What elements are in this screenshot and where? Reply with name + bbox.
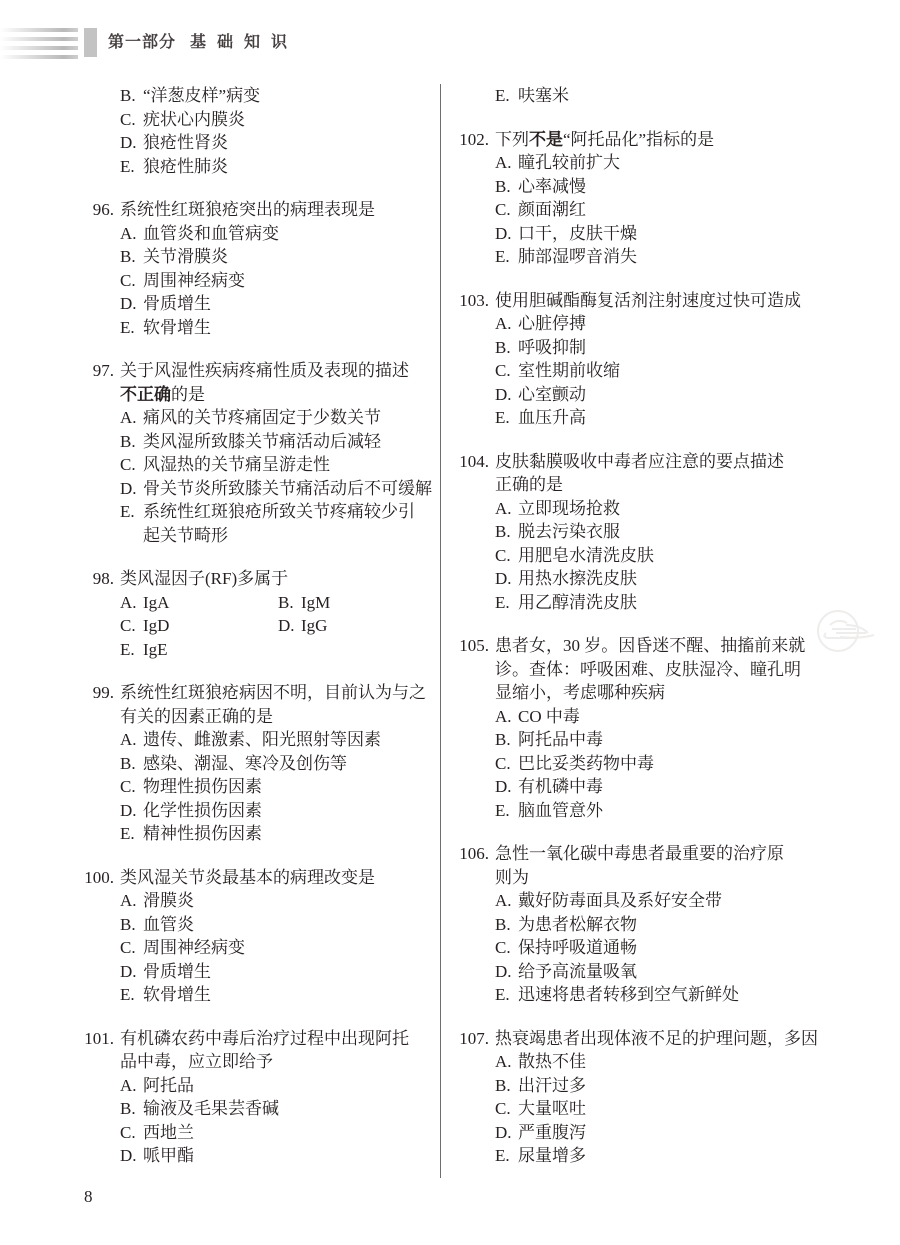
option-text: 精神性损伤因素 bbox=[143, 822, 432, 846]
option-row: E.尿量增多 bbox=[495, 1144, 880, 1168]
option-letter: D. bbox=[495, 383, 518, 407]
option-letter: A. bbox=[495, 889, 518, 913]
stem-text: 使用胆碱酯酶复活剂注射速度过快可造成 bbox=[495, 291, 801, 310]
option-text: 肺部湿啰音消失 bbox=[518, 245, 880, 269]
option-row: E.迅速将患者转移到空气新鲜处 bbox=[495, 983, 880, 1007]
option-row: A.遗传、雌激素、阳光照射等因素 bbox=[120, 728, 432, 752]
question-block: 97.关于风湿性疾病疼痛性质及表现的描述不正确的是A.痛风的关节疼痛固定于少数关… bbox=[84, 359, 432, 547]
option-letter: D. bbox=[120, 1144, 143, 1168]
option-letter: C. bbox=[495, 936, 518, 960]
stem-text: 的是 bbox=[171, 385, 205, 404]
option-text: 周围神经病变 bbox=[143, 936, 432, 960]
option-text: 痛风的关节疼痛固定于少数关节 bbox=[143, 406, 432, 430]
option-letter: C. bbox=[120, 269, 143, 293]
option-row: E.血压升高 bbox=[495, 406, 880, 430]
option-text: 室性期前收缩 bbox=[518, 359, 880, 383]
option-letter: C. bbox=[495, 198, 518, 222]
option-row: A.IgA bbox=[120, 591, 278, 615]
option-text: 戴好防毒面具及系好安全带 bbox=[518, 889, 880, 913]
option-row: B.血管炎 bbox=[120, 913, 432, 937]
option-letter: B. bbox=[120, 752, 143, 776]
option-letter: E. bbox=[120, 822, 143, 846]
option-list: A.IgAB.IgMC.IgDD.IgGE.IgE bbox=[120, 591, 432, 662]
stem-emphasis: 不是 bbox=[529, 130, 563, 149]
option-row: B.类风湿所致膝关节痛活动后减轻 bbox=[120, 430, 432, 454]
option-letter: C. bbox=[120, 108, 143, 132]
option-list: A.CO 中毒B.阿托品中毒C.巴比妥类药物中毒D.有机磷中毒E.脑血管意外 bbox=[495, 705, 880, 823]
stem-text: 下列 bbox=[495, 130, 529, 149]
option-row: A.阿托品 bbox=[120, 1074, 432, 1098]
question-body: E.呋塞米 bbox=[495, 84, 880, 108]
publisher-watermark-icon bbox=[806, 600, 890, 664]
option-letter: E. bbox=[495, 406, 518, 430]
page-header: 第一部分基础知识 bbox=[0, 0, 900, 70]
header-stripes-icon bbox=[0, 28, 78, 64]
stem-text: 急性一氧化碳中毒患者最重要的治疗原 bbox=[495, 844, 784, 863]
option-row: A.心脏停搏 bbox=[495, 312, 880, 336]
question-body: 系统性红斑狼疮突出的病理表现是A.血管炎和血管病变B.关节滑膜炎C.周围神经病变… bbox=[120, 198, 432, 339]
option-letter: B. bbox=[495, 175, 518, 199]
option-text: 脑血管意外 bbox=[518, 799, 880, 823]
option-row: E.系统性红斑狼疮所致关节疼痛较少引起关节畸形 bbox=[120, 500, 432, 547]
option-row: B.出汗过多 bbox=[495, 1074, 880, 1098]
question-block: E.呋塞米 bbox=[455, 84, 880, 108]
option-letter: C. bbox=[495, 359, 518, 383]
option-list: E.呋塞米 bbox=[495, 84, 880, 108]
option-letter: A. bbox=[120, 591, 143, 615]
option-letter: D. bbox=[495, 960, 518, 984]
option-text: 遗传、雌激素、阳光照射等因素 bbox=[143, 728, 432, 752]
option-letter: C. bbox=[120, 1121, 143, 1145]
option-text: 类风湿所致膝关节痛活动后减轻 bbox=[143, 430, 432, 454]
question-stem: 类风湿因子(RF)多属于 bbox=[120, 567, 432, 591]
option-list: A.阿托品B.输液及毛果芸香碱C.西地兰D.哌甲酯 bbox=[120, 1074, 432, 1168]
option-row: E.软骨增生 bbox=[120, 983, 432, 1007]
option-letter: E. bbox=[495, 591, 518, 615]
question-stem: 类风湿关节炎最基本的病理改变是 bbox=[120, 866, 432, 890]
option-text: 有机磷中毒 bbox=[518, 775, 880, 799]
question-block: 98.类风湿因子(RF)多属于A.IgAB.IgMC.IgDD.IgGE.IgE bbox=[84, 567, 432, 661]
option-text: 哌甲酯 bbox=[143, 1144, 432, 1168]
question-number: 105. bbox=[455, 634, 489, 822]
option-list: A.戴好防毒面具及系好安全带B.为患者松解衣物C.保持呼吸道通畅D.给予高流量吸… bbox=[495, 889, 880, 1007]
option-text: 血压升高 bbox=[518, 406, 880, 430]
option-list: A.遗传、雌激素、阳光照射等因素B.感染、潮湿、寒冷及创伤等C.物理性损伤因素D… bbox=[120, 728, 432, 846]
option-text: 骨关节炎所致膝关节痛活动后不可缓解 bbox=[143, 477, 432, 501]
option-row: D.IgG bbox=[278, 614, 432, 638]
option-letter: D. bbox=[120, 960, 143, 984]
option-row: C.周围神经病变 bbox=[120, 936, 432, 960]
option-row: B.感染、潮湿、寒冷及创伤等 bbox=[120, 752, 432, 776]
question-body: 下列不是“阿托品化”指标的是A.瞳孔较前扩大B.心率减慢C.颜面潮红D.口干，皮… bbox=[495, 128, 880, 269]
option-text: 软骨增生 bbox=[143, 316, 432, 340]
option-text: 阿托品 bbox=[143, 1074, 432, 1098]
option-letter: B. bbox=[120, 245, 143, 269]
question-body: 有机磷农药中毒后治疗过程中出现阿托品中毒，应立即给予A.阿托品B.输液及毛果芸香… bbox=[120, 1027, 432, 1168]
stem-text: 热衰竭患者出现体液不足的护理问题，多因 bbox=[495, 1029, 818, 1048]
option-letter: E. bbox=[120, 638, 143, 662]
option-letter: A. bbox=[495, 497, 518, 521]
option-text: 大量呕吐 bbox=[518, 1097, 880, 1121]
option-letter: A. bbox=[495, 705, 518, 729]
option-letter: C. bbox=[120, 775, 143, 799]
option-row: B.关节滑膜炎 bbox=[120, 245, 432, 269]
question-number: 106. bbox=[455, 842, 489, 1007]
option-letter: E. bbox=[120, 983, 143, 1007]
question-block: 96.系统性红斑狼疮突出的病理表现是A.血管炎和血管病变B.关节滑膜炎C.周围神… bbox=[84, 198, 432, 339]
option-text: IgG bbox=[301, 614, 432, 638]
option-list: A.滑膜炎B.血管炎C.周围神经病变D.骨质增生E.软骨增生 bbox=[120, 889, 432, 1007]
section-title: 基础知识 bbox=[190, 34, 298, 51]
option-row: A.戴好防毒面具及系好安全带 bbox=[495, 889, 880, 913]
stem-text: 则为 bbox=[495, 868, 529, 887]
option-text: 瞳孔较前扩大 bbox=[518, 151, 880, 175]
option-letter: E. bbox=[495, 84, 518, 108]
option-text: 巴比妥类药物中毒 bbox=[518, 752, 880, 776]
option-letter: A. bbox=[120, 889, 143, 913]
question-number: 96. bbox=[84, 198, 114, 339]
question-stem: 系统性红斑狼疮突出的病理表现是 bbox=[120, 198, 432, 222]
option-row: D.有机磷中毒 bbox=[495, 775, 880, 799]
option-text: 骨质增生 bbox=[143, 292, 432, 316]
stem-text: “阿托品化”指标的是 bbox=[563, 130, 714, 149]
option-row: C.室性期前收缩 bbox=[495, 359, 880, 383]
option-text: 心室颤动 bbox=[518, 383, 880, 407]
option-text: 输液及毛果芸香碱 bbox=[143, 1097, 432, 1121]
option-row: E.狼疮性肺炎 bbox=[120, 155, 432, 179]
option-letter: D. bbox=[495, 775, 518, 799]
option-text: 呋塞米 bbox=[518, 84, 880, 108]
option-text: 心率减慢 bbox=[518, 175, 880, 199]
option-letter: A. bbox=[120, 728, 143, 752]
option-text: 给予高流量吸氧 bbox=[518, 960, 880, 984]
option-list: B.“洋葱皮样”病变C.疣状心内膜炎D.狼疮性肾炎E.狼疮性肺炎 bbox=[120, 84, 432, 178]
option-row: C.风湿热的关节痛呈游走性 bbox=[120, 453, 432, 477]
question-number: 98. bbox=[84, 567, 114, 661]
left-column: B.“洋葱皮样”病变C.疣状心内膜炎D.狼疮性肾炎E.狼疮性肺炎96.系统性红斑… bbox=[84, 84, 432, 1178]
option-letter: B. bbox=[495, 728, 518, 752]
option-letter: B. bbox=[495, 1074, 518, 1098]
option-row: B.为患者松解衣物 bbox=[495, 913, 880, 937]
option-row: C.用肥皂水清洗皮肤 bbox=[495, 544, 880, 568]
option-list: A.心脏停搏B.呼吸抑制C.室性期前收缩D.心室颤动E.血压升高 bbox=[495, 312, 880, 430]
question-number: 102. bbox=[455, 128, 489, 269]
option-text: 化学性损伤因素 bbox=[143, 799, 432, 823]
stem-text: 起关节畸形 bbox=[143, 526, 228, 545]
option-row: B.输液及毛果芸香碱 bbox=[120, 1097, 432, 1121]
option-letter: A. bbox=[495, 312, 518, 336]
question-number: 103. bbox=[455, 289, 489, 430]
question-body: 系统性红斑狼疮病因不明，目前认为与之有关的因素正确的是A.遗传、雌激素、阳光照射… bbox=[120, 681, 432, 846]
option-letter: B. bbox=[120, 1097, 143, 1121]
option-row: D.用热水擦洗皮肤 bbox=[495, 567, 880, 591]
option-row: E.IgE bbox=[120, 638, 278, 662]
option-text: 狼疮性肺炎 bbox=[143, 155, 432, 179]
question-number bbox=[455, 84, 489, 108]
option-text: 关节滑膜炎 bbox=[143, 245, 432, 269]
option-letter: B. bbox=[120, 430, 143, 454]
option-row: D.心室颤动 bbox=[495, 383, 880, 407]
option-letter: D. bbox=[120, 477, 143, 501]
question-stem: 下列不是“阿托品化”指标的是 bbox=[495, 128, 880, 152]
option-letter: A. bbox=[120, 1074, 143, 1098]
option-row: E.呋塞米 bbox=[495, 84, 880, 108]
option-letter: B. bbox=[120, 913, 143, 937]
option-letter: E. bbox=[495, 1144, 518, 1168]
question-body: 使用胆碱酯酶复活剂注射速度过快可造成A.心脏停搏B.呼吸抑制C.室性期前收缩D.… bbox=[495, 289, 880, 430]
option-row: A.CO 中毒 bbox=[495, 705, 880, 729]
question-stem: 使用胆碱酯酶复活剂注射速度过快可造成 bbox=[495, 289, 880, 313]
option-text: 血管炎和血管病变 bbox=[143, 222, 432, 246]
option-text: 呼吸抑制 bbox=[518, 336, 880, 360]
question-block: 102.下列不是“阿托品化”指标的是A.瞳孔较前扩大B.心率减慢C.颜面潮红D.… bbox=[455, 128, 880, 269]
option-row: A.散热不佳 bbox=[495, 1050, 880, 1074]
question-body: 类风湿因子(RF)多属于A.IgAB.IgMC.IgDD.IgGE.IgE bbox=[120, 567, 432, 661]
option-text: 系统性红斑狼疮所致关节疼痛较少引起关节畸形 bbox=[143, 500, 432, 547]
question-stem: 急性一氧化碳中毒患者最重要的治疗原则为 bbox=[495, 842, 880, 889]
option-row: C.大量呕吐 bbox=[495, 1097, 880, 1121]
option-row: B.呼吸抑制 bbox=[495, 336, 880, 360]
stem-text: 皮肤黏膜吸收中毒者应注意的要点描述 bbox=[495, 452, 784, 471]
option-letter: B. bbox=[120, 84, 143, 108]
option-letter: D. bbox=[495, 567, 518, 591]
question-body: 热衰竭患者出现体液不足的护理问题，多因A.散热不佳B.出汗过多C.大量呕吐D.严… bbox=[495, 1027, 880, 1168]
option-row: B.阿托品中毒 bbox=[495, 728, 880, 752]
question-block: 107.热衰竭患者出现体液不足的护理问题，多因A.散热不佳B.出汗过多C.大量呕… bbox=[455, 1027, 880, 1168]
question-body: 皮肤黏膜吸收中毒者应注意的要点描述正确的是A.立即现场抢救B.脱去污染衣服C.用… bbox=[495, 450, 880, 615]
option-row: D.口干，皮肤干燥 bbox=[495, 222, 880, 246]
option-text: 软骨增生 bbox=[143, 983, 432, 1007]
option-text: 用肥皂水清洗皮肤 bbox=[518, 544, 880, 568]
option-text: 为患者松解衣物 bbox=[518, 913, 880, 937]
option-letter: D. bbox=[278, 614, 301, 638]
option-row: C.物理性损伤因素 bbox=[120, 775, 432, 799]
option-list: A.血管炎和血管病变B.关节滑膜炎C.周围神经病变D.骨质增生E.软骨增生 bbox=[120, 222, 432, 340]
option-text: 滑膜炎 bbox=[143, 889, 432, 913]
option-row: D.化学性损伤因素 bbox=[120, 799, 432, 823]
content-columns: B.“洋葱皮样”病变C.疣状心内膜炎D.狼疮性肾炎E.狼疮性肺炎96.系统性红斑… bbox=[84, 84, 880, 1178]
option-row: A.痛风的关节疼痛固定于少数关节 bbox=[120, 406, 432, 430]
question-body: 类风湿关节炎最基本的病理改变是A.滑膜炎B.血管炎C.周围神经病变D.骨质增生E… bbox=[120, 866, 432, 1007]
option-letter: D. bbox=[120, 799, 143, 823]
option-text: 物理性损伤因素 bbox=[143, 775, 432, 799]
question-block: 101.有机磷农药中毒后治疗过程中出现阿托品中毒，应立即给予A.阿托品B.输液及… bbox=[84, 1027, 432, 1168]
question-number: 101. bbox=[84, 1027, 114, 1168]
option-text: 严重腹泻 bbox=[518, 1121, 880, 1145]
stem-emphasis: 不正确 bbox=[120, 385, 171, 404]
option-row: A.血管炎和血管病变 bbox=[120, 222, 432, 246]
page-number: 8 bbox=[84, 1185, 93, 1209]
option-row: A.滑膜炎 bbox=[120, 889, 432, 913]
option-letter: B. bbox=[495, 913, 518, 937]
option-row: C.西地兰 bbox=[120, 1121, 432, 1145]
option-list: A.痛风的关节疼痛固定于少数关节B.类风湿所致膝关节痛活动后减轻C.风湿热的关节… bbox=[120, 406, 432, 547]
option-text: 阿托品中毒 bbox=[518, 728, 880, 752]
option-letter: D. bbox=[495, 222, 518, 246]
option-text: 心脏停搏 bbox=[518, 312, 880, 336]
option-row: D.给予高流量吸氧 bbox=[495, 960, 880, 984]
question-block: 104.皮肤黏膜吸收中毒者应注意的要点描述正确的是A.立即现场抢救B.脱去污染衣… bbox=[455, 450, 880, 615]
header-block-icon bbox=[84, 28, 97, 57]
question-stem: 热衰竭患者出现体液不足的护理问题，多因 bbox=[495, 1027, 880, 1051]
option-row: C.巴比妥类药物中毒 bbox=[495, 752, 880, 776]
option-list: A.瞳孔较前扩大B.心率减慢C.颜面潮红D.口干，皮肤干燥E.肺部湿啰音消失 bbox=[495, 151, 880, 269]
option-letter: A. bbox=[495, 1050, 518, 1074]
part-label: 第一部分 bbox=[108, 34, 176, 51]
option-letter: B. bbox=[495, 520, 518, 544]
option-row: D.哌甲酯 bbox=[120, 1144, 432, 1168]
option-text: 脱去污染衣服 bbox=[518, 520, 880, 544]
option-row: E.精神性损伤因素 bbox=[120, 822, 432, 846]
option-row: C.周围神经病变 bbox=[120, 269, 432, 293]
option-letter: C. bbox=[120, 614, 143, 638]
stem-text: 患者女，30 岁。因昏迷不醒、抽搐前来就 bbox=[495, 636, 805, 655]
option-text: IgA bbox=[143, 591, 278, 615]
question-block: 100.类风湿关节炎最基本的病理改变是A.滑膜炎B.血管炎C.周围神经病变D.骨… bbox=[84, 866, 432, 1007]
option-text: 骨质增生 bbox=[143, 960, 432, 984]
question-number: 100. bbox=[84, 866, 114, 1007]
option-row: E.软骨增生 bbox=[120, 316, 432, 340]
option-list: A.散热不佳B.出汗过多C.大量呕吐D.严重腹泻E.尿量增多 bbox=[495, 1050, 880, 1168]
column-divider bbox=[440, 84, 441, 1178]
question-number: 104. bbox=[455, 450, 489, 615]
stem-text: 诊。查体：呼吸困难、皮肤湿冷、瞳孔明 bbox=[495, 660, 801, 679]
option-text: 颜面潮红 bbox=[518, 198, 880, 222]
option-text: 散热不佳 bbox=[518, 1050, 880, 1074]
option-letter: E. bbox=[495, 799, 518, 823]
question-number: 97. bbox=[84, 359, 114, 547]
option-row: B.心率减慢 bbox=[495, 175, 880, 199]
option-text: 尿量增多 bbox=[518, 1144, 880, 1168]
option-text: 西地兰 bbox=[143, 1121, 432, 1145]
option-text: 感染、潮湿、寒冷及创伤等 bbox=[143, 752, 432, 776]
option-text: 风湿热的关节痛呈游走性 bbox=[143, 453, 432, 477]
question-stem: 皮肤黏膜吸收中毒者应注意的要点描述正确的是 bbox=[495, 450, 880, 497]
option-list: A.立即现场抢救B.脱去污染衣服C.用肥皂水清洗皮肤D.用热水擦洗皮肤E.用乙醇… bbox=[495, 497, 880, 615]
header-title: 第一部分基础知识 bbox=[108, 30, 298, 56]
option-row: E.脑血管意外 bbox=[495, 799, 880, 823]
stem-text: 显缩小，考虑哪种疾病 bbox=[495, 683, 665, 702]
stem-text: 类风湿因子(RF)多属于 bbox=[120, 569, 288, 588]
option-row: E.肺部湿啰音消失 bbox=[495, 245, 880, 269]
stem-text: 有机磷农药中毒后治疗过程中出现阿托 bbox=[120, 1029, 409, 1048]
question-body: B.“洋葱皮样”病变C.疣状心内膜炎D.狼疮性肾炎E.狼疮性肺炎 bbox=[120, 84, 432, 178]
option-text: 出汗过多 bbox=[518, 1074, 880, 1098]
question-stem: 系统性红斑狼疮病因不明，目前认为与之有关的因素正确的是 bbox=[120, 681, 432, 728]
option-text: CO 中毒 bbox=[518, 705, 880, 729]
option-text: 保持呼吸道通畅 bbox=[518, 936, 880, 960]
stem-text: 关于风湿性疾病疼痛性质及表现的描述 bbox=[120, 361, 409, 380]
option-row: D.骨质增生 bbox=[120, 292, 432, 316]
option-text: IgE bbox=[143, 638, 278, 662]
option-letter: E. bbox=[120, 316, 143, 340]
option-letter: D. bbox=[495, 1121, 518, 1145]
stem-text: 正确的是 bbox=[495, 475, 563, 494]
option-row: B.脱去污染衣服 bbox=[495, 520, 880, 544]
option-row: C.保持呼吸道通畅 bbox=[495, 936, 880, 960]
option-letter: C. bbox=[120, 936, 143, 960]
option-letter: E. bbox=[120, 500, 143, 547]
question-number bbox=[84, 84, 114, 178]
option-letter: D. bbox=[120, 292, 143, 316]
option-row: B.IgM bbox=[278, 591, 432, 615]
option-row: D.骨关节炎所致膝关节痛活动后不可缓解 bbox=[120, 477, 432, 501]
option-row: C.疣状心内膜炎 bbox=[120, 108, 432, 132]
option-letter: C. bbox=[120, 453, 143, 477]
stem-text: 类风湿关节炎最基本的病理改变是 bbox=[120, 868, 375, 887]
option-text: 狼疮性肾炎 bbox=[143, 131, 432, 155]
option-row: C.颜面潮红 bbox=[495, 198, 880, 222]
question-stem: 关于风湿性疾病疼痛性质及表现的描述不正确的是 bbox=[120, 359, 432, 406]
option-letter: B. bbox=[278, 591, 301, 615]
stem-text: 系统性红斑狼疮病因不明，目前认为与之 bbox=[120, 683, 426, 702]
option-letter: B. bbox=[495, 336, 518, 360]
option-row: A.立即现场抢救 bbox=[495, 497, 880, 521]
option-letter: A. bbox=[120, 406, 143, 430]
option-letter: D. bbox=[120, 131, 143, 155]
question-block: B.“洋葱皮样”病变C.疣状心内膜炎D.狼疮性肾炎E.狼疮性肺炎 bbox=[84, 84, 432, 178]
question-block: 99.系统性红斑狼疮病因不明，目前认为与之有关的因素正确的是A.遗传、雌激素、阳… bbox=[84, 681, 432, 846]
option-letter: A. bbox=[495, 151, 518, 175]
option-letter: E. bbox=[495, 245, 518, 269]
option-letter: E. bbox=[120, 155, 143, 179]
question-block: 103.使用胆碱酯酶复活剂注射速度过快可造成A.心脏停搏B.呼吸抑制C.室性期前… bbox=[455, 289, 880, 430]
question-stem: 有机磷农药中毒后治疗过程中出现阿托品中毒，应立即给予 bbox=[120, 1027, 432, 1074]
question-body: 关于风湿性疾病疼痛性质及表现的描述不正确的是A.痛风的关节疼痛固定于少数关节B.… bbox=[120, 359, 432, 547]
option-text: 立即现场抢救 bbox=[518, 497, 880, 521]
option-text: 血管炎 bbox=[143, 913, 432, 937]
option-row: B.“洋葱皮样”病变 bbox=[120, 84, 432, 108]
option-text: 用热水擦洗皮肤 bbox=[518, 567, 880, 591]
option-row: D.狼疮性肾炎 bbox=[120, 131, 432, 155]
option-row: D.骨质增生 bbox=[120, 960, 432, 984]
option-row: C.IgD bbox=[120, 614, 278, 638]
stem-text: 品中毒，应立即给予 bbox=[120, 1052, 273, 1071]
question-body: 急性一氧化碳中毒患者最重要的治疗原则为A.戴好防毒面具及系好安全带B.为患者松解… bbox=[495, 842, 880, 1007]
option-text: IgM bbox=[301, 591, 432, 615]
option-text: 迅速将患者转移到空气新鲜处 bbox=[518, 983, 880, 1007]
question-block: 106.急性一氧化碳中毒患者最重要的治疗原则为A.戴好防毒面具及系好安全带B.为… bbox=[455, 842, 880, 1007]
option-text: “洋葱皮样”病变 bbox=[143, 84, 432, 108]
option-text: 疣状心内膜炎 bbox=[143, 108, 432, 132]
option-letter: E. bbox=[495, 983, 518, 1007]
option-row: D.严重腹泻 bbox=[495, 1121, 880, 1145]
option-letter: C. bbox=[495, 752, 518, 776]
option-row: A.瞳孔较前扩大 bbox=[495, 151, 880, 175]
stem-text: 系统性红斑狼疮所致关节疼痛较少引 bbox=[143, 502, 415, 521]
option-letter: C. bbox=[495, 1097, 518, 1121]
stem-text: 系统性红斑狼疮突出的病理表现是 bbox=[120, 200, 375, 219]
question-number: 99. bbox=[84, 681, 114, 846]
option-text: 口干，皮肤干燥 bbox=[518, 222, 880, 246]
option-text: 周围神经病变 bbox=[143, 269, 432, 293]
stem-text: 有关的因素正确的是 bbox=[120, 707, 273, 726]
option-text: IgD bbox=[143, 614, 278, 638]
option-letter: A. bbox=[120, 222, 143, 246]
option-letter: C. bbox=[495, 544, 518, 568]
question-number: 107. bbox=[455, 1027, 489, 1168]
